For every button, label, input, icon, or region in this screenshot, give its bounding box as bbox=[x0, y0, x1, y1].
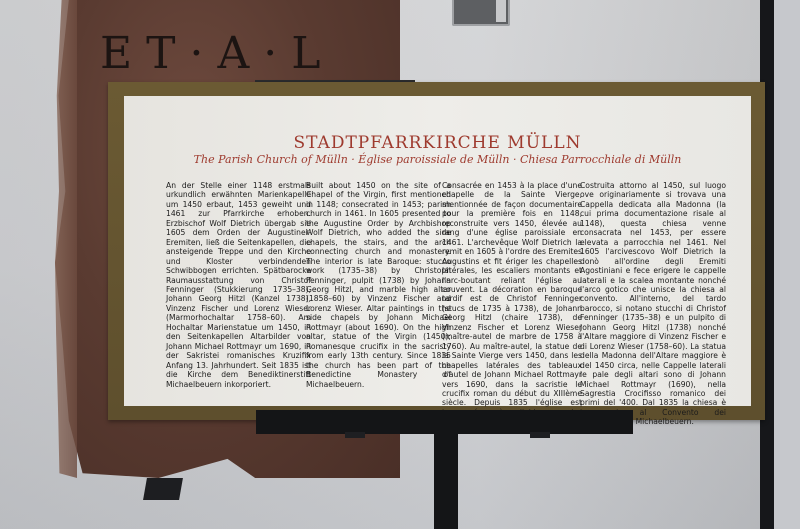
sign-stand-crossbar bbox=[256, 410, 633, 434]
stone-bracket bbox=[143, 478, 183, 500]
stand-clip bbox=[345, 432, 365, 438]
sign-stand-pole bbox=[434, 432, 458, 529]
text-column-french: Consacrée en 1453 à la place d'une chape… bbox=[442, 181, 582, 427]
sign-panel: STADTPFARRKIRCHE MÜLLN The Parish Church… bbox=[124, 96, 751, 406]
sign-frame: STADTPFARRKIRCHE MÜLLN The Parish Church… bbox=[108, 82, 765, 420]
text-column-german: An der Stelle einer 1148 erstmals urkund… bbox=[166, 181, 311, 389]
sign-subtitle: The Parish Church of Mülln · Église paro… bbox=[124, 153, 751, 166]
text-column-italian: Costruita attorno al 1450, sul luogo ove… bbox=[580, 181, 726, 427]
stone-plaque-edge bbox=[55, 0, 77, 478]
wall-right bbox=[774, 0, 800, 529]
stone-inscription: ET·A·L bbox=[100, 28, 334, 79]
sign-title: STADTPFARRKIRCHE MÜLLN bbox=[124, 133, 751, 153]
text-column-english: Built about 1450 on the site of a Chapel… bbox=[306, 181, 451, 389]
wall-sensor-device bbox=[452, 0, 510, 26]
stand-clip bbox=[530, 432, 550, 438]
